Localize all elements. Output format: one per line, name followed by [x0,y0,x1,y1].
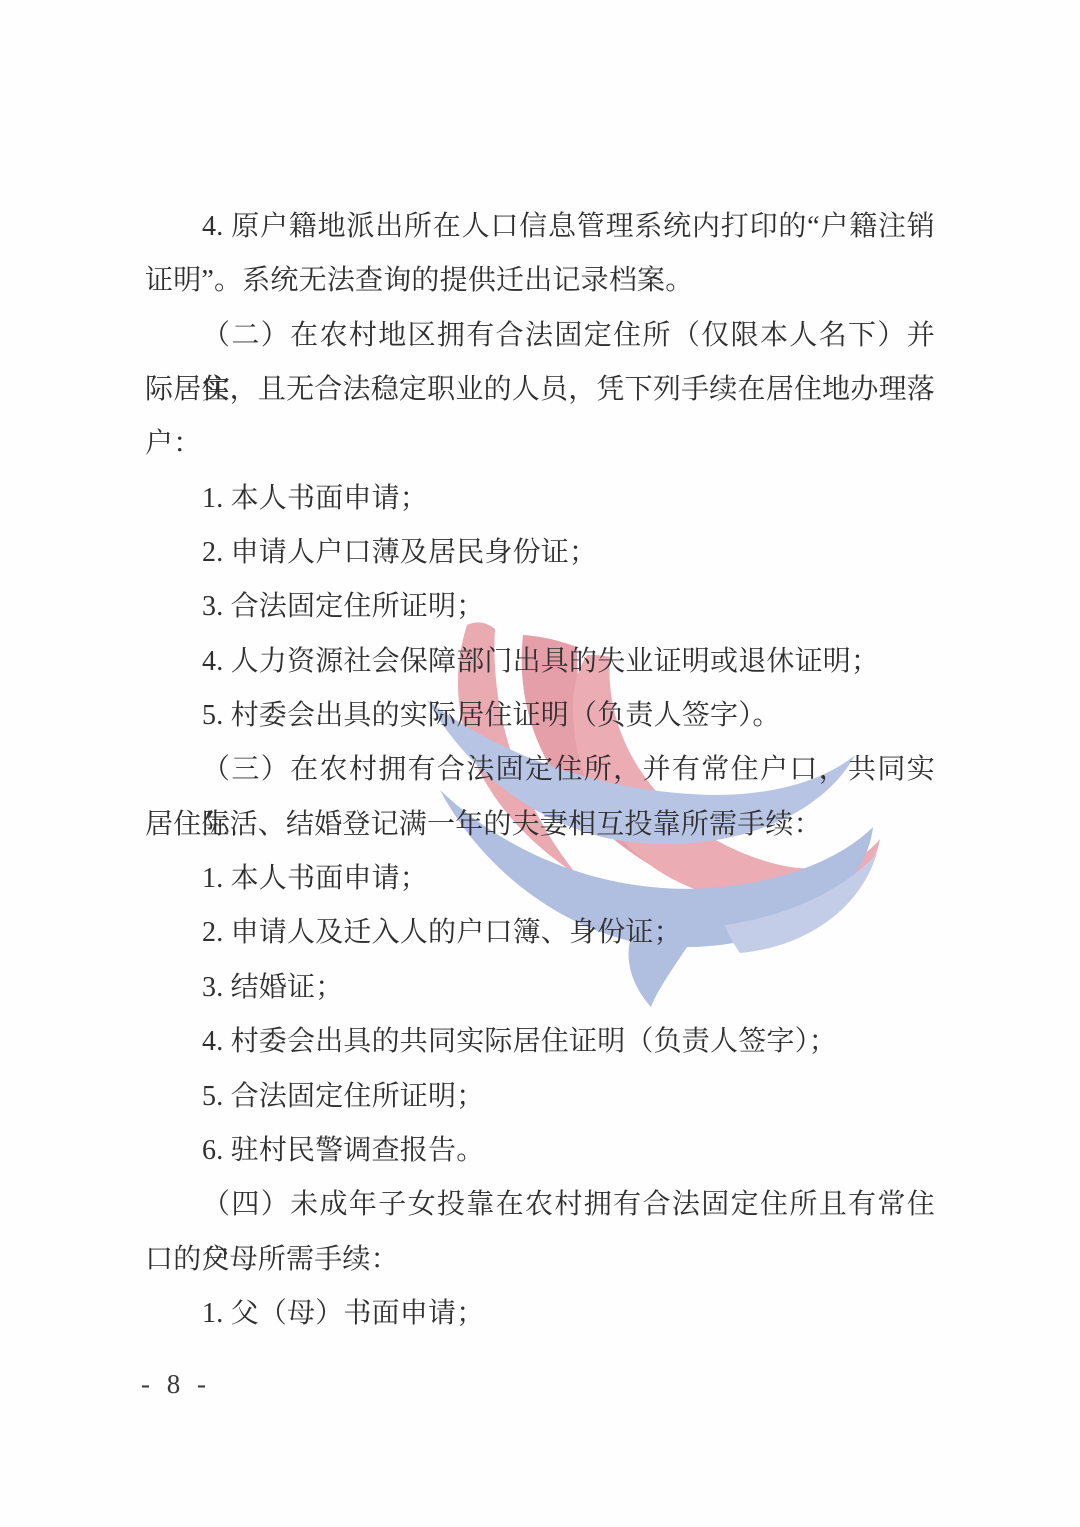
list-item-line: 1. 本人书面申请； [145,472,935,526]
text-line: 居住生活、结婚登记满一年的夫妻相互投靠所需手续： [145,798,935,852]
list-item-line: 3. 结婚证； [145,961,935,1015]
list-item-line: 4. 村委会出具的共同实际居住证明（负责人签字）； [145,1015,935,1069]
text-line: （二）在农村地区拥有合法固定住所（仅限本人名下）并实 [145,309,935,363]
text-line: 4. 原户籍地派出所在人口信息管理系统内打印的“户籍注销 [145,200,935,254]
page-number: - 8 - [141,1369,211,1399]
list-item-line: 6. 驻村民警调查报告。 [145,1124,935,1178]
text-line: 证明”。系统无法查询的提供迁出记录档案。 [145,254,935,308]
list-item-line: 1. 本人书面申请； [145,852,935,906]
list-item-line: 4. 人力资源社会保障部门出具的失业证明或退休证明； [145,635,935,689]
list-item-line: 2. 申请人及迁入人的户口簿、身份证； [145,906,935,960]
text-line: 口的父母所需手续： [145,1233,935,1287]
list-item-line: 2. 申请人户口薄及居民身份证； [145,526,935,580]
list-item-line: 1. 父（母）书面申请； [145,1287,935,1341]
list-item-line: 5. 合法固定住所证明； [145,1070,935,1124]
text-line: 际居住，且无合法稳定职业的人员，凭下列手续在居住地办理落 [145,363,935,417]
document-page: 4. 原户籍地派出所在人口信息管理系统内打印的“户籍注销 证明”。系统无法查询的… [0,0,1080,1527]
list-item-line: 5. 村委会出具的实际居住证明（负责人签字）。 [145,689,935,743]
document-text-column: 4. 原户籍地派出所在人口信息管理系统内打印的“户籍注销 证明”。系统无法查询的… [145,200,935,1341]
text-line: （四）未成年子女投靠在农村拥有合法固定住所且有常住户 [145,1178,935,1232]
text-line: 户： [145,417,935,471]
list-item-line: 3. 合法固定住所证明； [145,580,935,634]
text-line: （三）在农村拥有合法固定住所，并有常住户口，共同实际 [145,743,935,797]
